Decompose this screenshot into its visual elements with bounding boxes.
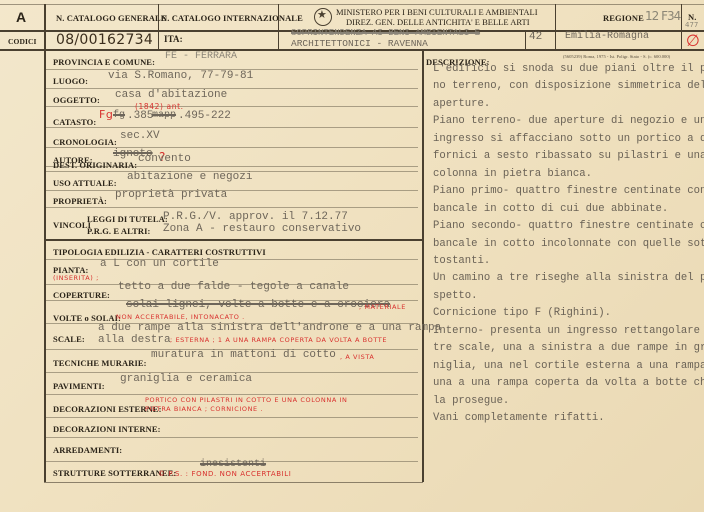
description-line: aperture. [433, 98, 490, 110]
catalog-card: A N. CATALOGO GENERALE N. CATALOGO INTER… [0, 0, 704, 512]
scale-label: SCALE: [53, 334, 85, 344]
row-divider [46, 147, 418, 148]
provincia-value: FE - FERRARA [165, 51, 237, 62]
codici-label: CODICI [8, 37, 37, 46]
prg-altri-value: Zona A - restauro conservativo [163, 223, 361, 235]
description-line: bancale in cotto incolonnate con quelle … [433, 238, 704, 250]
row-divider [46, 190, 418, 191]
ita-label: ITA: [164, 34, 183, 44]
section-letter: A [16, 9, 26, 25]
pianta-value: a L con un cortile [100, 258, 219, 270]
row-divider [46, 127, 418, 128]
oggetto-value: casa d'abitazione [115, 89, 227, 101]
description-line: bancale in cotto di cui due abbinate. [433, 203, 668, 215]
description-line: Vani completamente rifatti. [433, 412, 605, 424]
dest-originaria-label: DEST. ORIGINARIA: [53, 160, 137, 170]
vincoli-label: VINCOLI [53, 220, 91, 230]
catasto-value-2: .495-222 [178, 110, 231, 122]
col-divider-4 [555, 4, 556, 50]
dest-originaria-value: convento [138, 153, 191, 165]
row-divider [46, 417, 418, 418]
description-line: colonna in pietra bianca. [433, 168, 592, 180]
decorazioni-esterne-annotation-2: PIETRA BIANCA ; CORNICIONE . [145, 405, 263, 413]
catasto-struck-mapp: mapp [152, 110, 176, 121]
uso-attuale-value: abitazione e negozi [127, 171, 252, 183]
tecniche-label: TECNICHE MURARIE: [53, 358, 147, 368]
regione-header: REGIONE [603, 13, 644, 23]
ministry-line-2: DIREZ. GEN. DELLE ANTICHITA' E BELLE ART… [346, 17, 530, 27]
arredamenti-label: ARREDAMENTI: [53, 445, 122, 455]
section-divider [44, 239, 423, 241]
description-divider [422, 50, 424, 482]
tecniche-annotation: , A VISTA [340, 353, 374, 361]
description-line: una a una rampa coperta da volta a botte… [433, 377, 704, 389]
luogo-value: via S.Romano, 77-79-81 [108, 70, 253, 82]
row-divider [46, 437, 418, 438]
scale-value-line-1: a due rampe alla sinistra dell'androne e… [98, 322, 441, 334]
volte-value: solai lignei, volte a botte e a crociera [126, 299, 390, 311]
catasto-value: .385 [127, 110, 153, 122]
leggi-tutela-label: LEGGI DI TUTELA: [87, 214, 168, 224]
uso-attuale-label: USO ATTUALE: [53, 178, 117, 188]
description-line: Interno- presenta un ingresso rettangola… [433, 325, 704, 337]
description-line: L'edificio si snoda su due piani oltre i… [433, 63, 704, 75]
description-line: la prosegue. [433, 395, 509, 407]
col-divider-1 [158, 4, 159, 50]
n-handwritten-note: 477 [685, 21, 698, 29]
description-line: Piano primo- quattro finestre centinate … [433, 185, 704, 197]
bottom-border [44, 482, 423, 483]
ministry-line-1: MINISTERO PER I BENI CULTURALI E AMBIENT… [336, 7, 538, 17]
description-line: Piano secondo- quattro finestre centinat… [433, 220, 704, 232]
row-divider [46, 88, 418, 89]
strutture-annotation: © P.S. : FOND. NON ACCERTABILI [158, 470, 291, 478]
description-line: fornici a sesto ribassato su pilastri e … [433, 150, 704, 162]
volte-annotation-inline: , MATERIALE [359, 303, 406, 311]
leggi-tutela-value: P.R.G./V. approv. il 7.12.77 [163, 211, 348, 223]
description-line: Cornicione tipo F (Righini). [433, 307, 611, 319]
region-code: 42 [529, 31, 542, 43]
n-value-mark: ∅ [686, 31, 701, 50]
tecniche-value: muratura in mattoni di cotto [151, 349, 336, 361]
left-column-divider [44, 4, 46, 482]
pianta-annotation: (INSERITA) ; [53, 274, 99, 282]
luogo-label: LUOGO: [53, 76, 88, 86]
pavimenti-value: graniglia e ceramica [120, 373, 252, 385]
row-divider [46, 394, 418, 395]
description-line: spetto. [433, 290, 478, 302]
regione-value: Emilia-Romagna [565, 31, 649, 42]
soprintendenza-line-2: ARCHITETTONICI - RAVENNA [291, 38, 428, 49]
col-divider-5 [681, 4, 682, 50]
description-line: no terreno, con disposizione simmetrica … [433, 80, 704, 92]
description-line: niglia, una nel cortile esterna a una ra… [433, 360, 704, 372]
proprieta-label: PROPRIETÀ: [53, 196, 107, 206]
print-note: (5605239) Roma, 1975 - Ist. Poligr. Stat… [563, 54, 670, 59]
description-line: Piano terreno- due aperture di negozio e… [433, 115, 704, 127]
proprieta-value: proprietà privata [115, 189, 227, 201]
coperture-value: tetto a due falde - tegole a canale [118, 281, 349, 293]
catasto-struck-prefix: fg [113, 110, 125, 121]
col-divider-2 [278, 4, 279, 50]
catasto-fg-prefix: Fg [99, 108, 114, 121]
row-divider [46, 106, 418, 107]
description-line: tostanti. [433, 255, 490, 267]
description-line: tre scale, una a sinistra a due rampe in… [433, 342, 704, 354]
scale-value-line-2: alla destra [98, 334, 171, 346]
catasto-label: CATASTO: [53, 117, 96, 127]
strutture-value: inesistenti [200, 459, 266, 470]
header-bottom-divider [0, 49, 704, 51]
catalogo-generale-header: N. CATALOGO GENERALE [56, 13, 167, 23]
scale-annotation: ; ESTERNA ; 1 A UNA RAMPA COPERTA DA VOL… [170, 336, 387, 344]
decorazioni-esterne-annotation-1: PORTICO CON PILASTRI IN COTTO E UNA COLO… [145, 396, 348, 404]
catalogo-internazionale-header: N. CATALOGO INTERNAZIONALE [161, 13, 303, 23]
cronologia-value: sec.XV [120, 130, 160, 142]
coperture-label: COPERTURE: [53, 290, 110, 300]
description-line: ingresso si affacciano sotto un portico … [433, 133, 704, 145]
prg-altri-label: P.R.G. E ALTRI: [87, 226, 150, 236]
row-divider [46, 207, 418, 208]
tipologia-title: TIPOLOGIA EDILIZIA - CARATTERI COSTRUTTI… [53, 247, 266, 257]
header-top-border [0, 4, 704, 5]
decorazioni-interne-label: DECORAZIONI INTERNE: [53, 424, 161, 434]
cronologia-label: CRONOLOGIA: [53, 137, 117, 147]
provincia-label: PROVINCIA E COMUNE: [53, 57, 155, 67]
volte-annotation-below: NON ACCERTABILE, INTONACATO . [116, 313, 245, 321]
description-line: Un camino a tre riseghe alla sinistra de… [433, 272, 704, 284]
regione-handwritten-note: 12 F34 [645, 9, 680, 23]
catalogo-generale-value: 08/00162734 [56, 32, 153, 48]
republic-emblem-icon [314, 8, 332, 26]
oggetto-label: OGGETTO: [53, 95, 100, 105]
col-divider-3 [525, 31, 526, 50]
pavimenti-label: PAVIMENTI: [53, 381, 105, 391]
soprintendenza-struck: SOPRINTENDENZA AI BENI AMBIENTALI E [291, 28, 480, 38]
